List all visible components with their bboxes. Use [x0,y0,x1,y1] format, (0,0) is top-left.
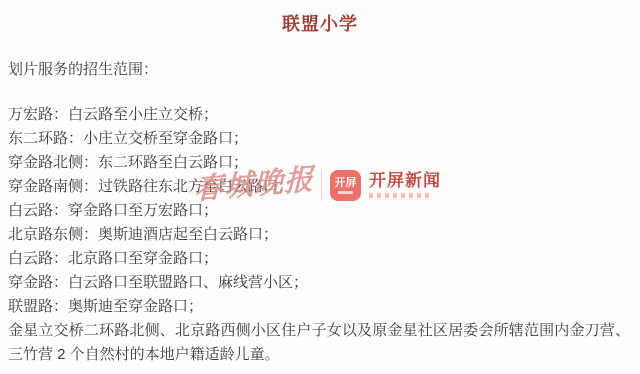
range-item: 北京路东侧：奥斯迪酒店起至白云路口； [8,223,640,247]
range-item: 穿金路北侧：东二环路至白云路口； [8,151,640,175]
range-item: 东二环路：小庄立交桥至穿金路口； [8,127,640,151]
closing-paragraph: 金星立交桥二环路北侧、北京路西侧小区住户子女以及原金星社区居委会所辖范围内金刀营… [8,319,630,367]
range-item: 白云路：北京路口至穿金路口； [8,247,640,271]
range-item: 白云路：穿金路口至万宏路口； [8,199,640,223]
range-item: 万宏路：白云路至小庄立交桥； [8,103,640,127]
range-item: 穿金路：白云路口至联盟路口、麻线营小区； [8,271,640,295]
intro-line: 划片服务的招生范围： [8,58,640,82]
article-page: 联盟小学 划片服务的招生范围： 万宏路：白云路至小庄立交桥； 东二环路：小庄立交… [0,0,640,374]
range-item: 穿金路南侧：过铁路往东北方至白云路口； [8,175,640,199]
range-item: 联盟路：奥斯迪至穿金路口； [8,295,640,319]
enrollment-range-list: 万宏路：白云路至小庄立交桥； 东二环路：小庄立交桥至穿金路口； 穿金路北侧：东二… [8,103,640,319]
page-title: 联盟小学 [0,0,640,35]
